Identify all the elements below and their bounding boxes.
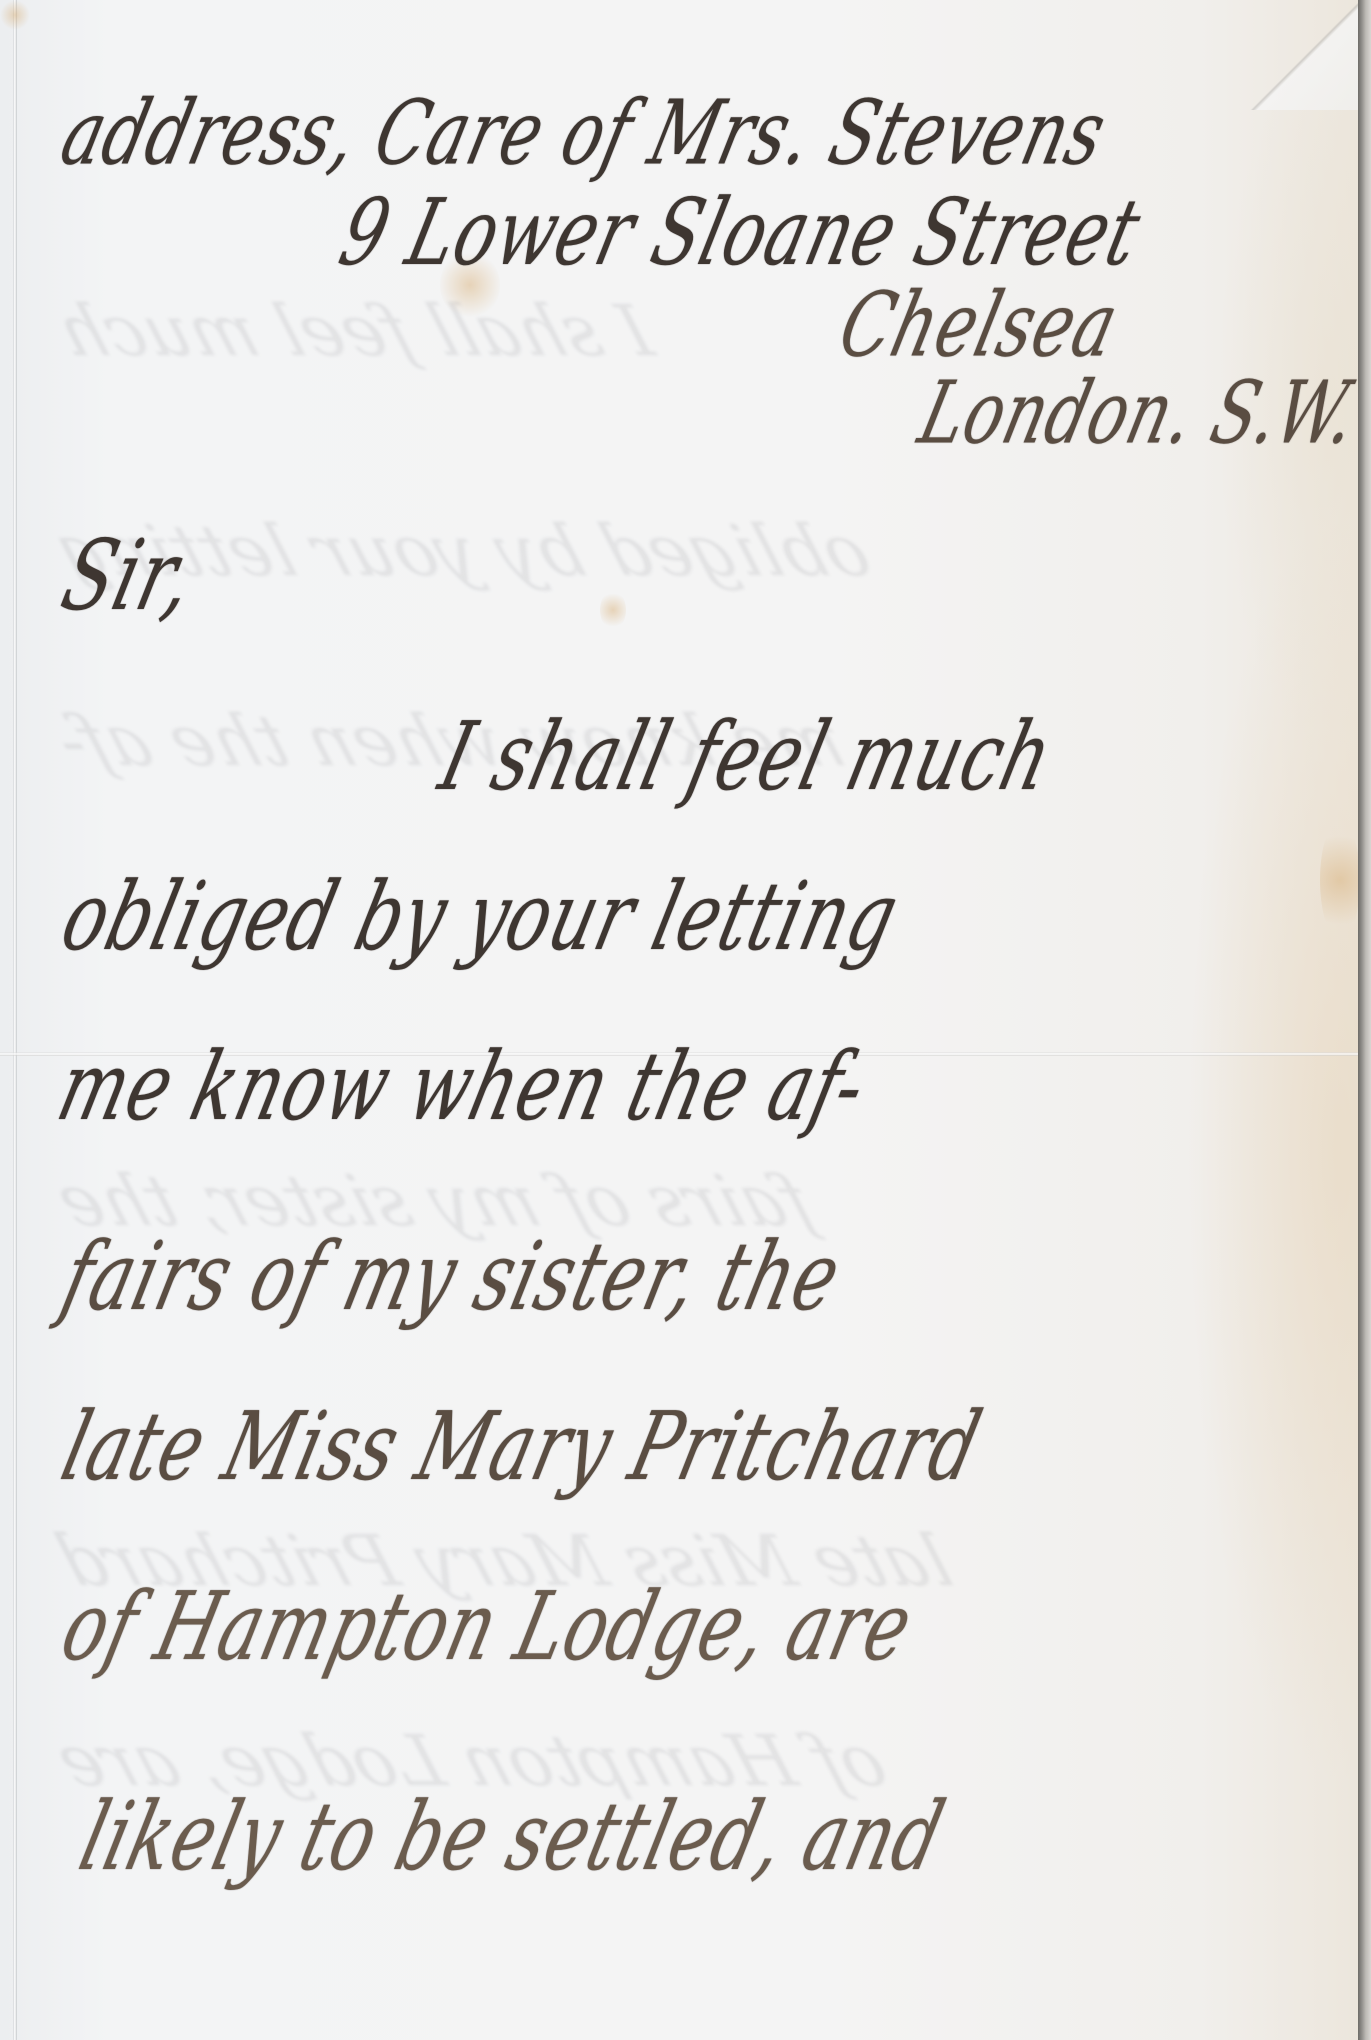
salutation: Sir, xyxy=(52,519,206,632)
corner-fold xyxy=(1250,0,1362,110)
foxing-stain xyxy=(1320,820,1360,940)
address-line-recipient-care-of: address, Care of Mrs. Stevens xyxy=(52,81,1116,185)
letter-page: I shall feel much obliged by your lettin… xyxy=(0,0,1362,2040)
body-line: I shall feel much xyxy=(430,701,1063,812)
address-line-street: 9 Lower Sloane Street xyxy=(330,180,1151,287)
body-line: likely to be settled, and xyxy=(70,1781,955,1892)
foxing-stain xyxy=(600,590,626,630)
body-line: me know when the af- xyxy=(48,1031,877,1142)
foxing-stain xyxy=(0,0,30,30)
address-line-district: Chelsea xyxy=(830,273,1128,377)
address-line-city: London. S.W. xyxy=(910,364,1362,464)
scan-edge xyxy=(1358,0,1371,2040)
body-line: fairs of my sister, the xyxy=(52,1221,851,1332)
body-line: of Hampton Lodge, are xyxy=(52,1571,923,1682)
show-through-text: I shall feel much xyxy=(47,290,662,372)
body-line: late Miss Mary Pritchard xyxy=(52,1391,992,1502)
vertical-crease xyxy=(13,0,17,2040)
body-line: obliged by your letting xyxy=(52,861,909,972)
